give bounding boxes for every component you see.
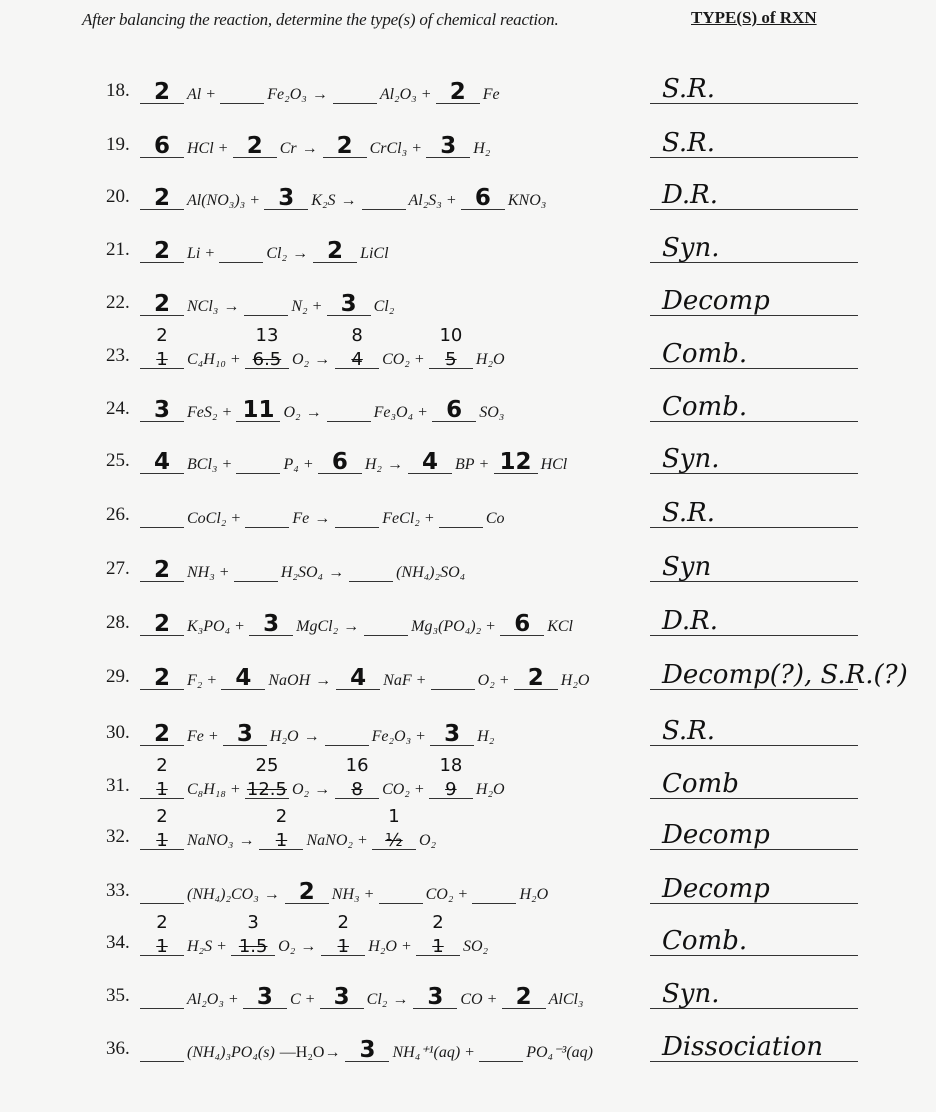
crossed-out-coefficient: 8 [335, 779, 379, 800]
problem-row: 35. Al₂O₃+3C+3Cl₂→3CO+2AlCl₃ Syn. [0, 973, 936, 1013]
problem-row: 24. 3FeS₂+11O₂→Fe₃O₄+6SO₃ Comb. [0, 386, 936, 426]
coefficient: 4 [140, 449, 184, 475]
coefficient-blank[interactable] [364, 615, 408, 636]
equation: 2NH₃+H₂SO₄→(NH₄)₂SO₄ [140, 561, 469, 582]
crossed-out-coefficient: 1 [416, 936, 460, 957]
reaction-type-answer-field[interactable]: Decomp [650, 819, 858, 850]
chemical-formula: BP [455, 456, 475, 474]
plus-sign: + [235, 618, 244, 636]
coefficient-blank[interactable] [140, 988, 184, 1009]
crossed-out-coefficient: 1 [140, 830, 184, 851]
coefficient-blank[interactable]: 6 [140, 137, 184, 158]
chemical-formula: Fe₂O₃ [372, 728, 412, 746]
coefficient-blank[interactable]: 3 [327, 295, 371, 316]
reaction-type-answer: Dissociation [662, 1032, 823, 1062]
chemical-formula: H₂S [187, 938, 212, 956]
chemical-formula: KNO₃ [508, 192, 546, 210]
coefficient-blank[interactable]: 4 [221, 669, 265, 690]
problem-number: 28. [106, 612, 130, 634]
corrected-coefficient: 18 [429, 755, 473, 776]
reaction-arrow: → [314, 351, 330, 369]
chemical-formula: H₂O [519, 886, 548, 904]
problem-row: 18. 2Al+Fe₂O₃→Al₂O₃+2Fe S.R. [0, 68, 936, 108]
coefficient-blank[interactable]: 2 [140, 242, 184, 263]
problem-number: 24. [106, 398, 130, 420]
reaction-type-answer: Comb. [662, 339, 747, 369]
coefficient-blank[interactable]: 12 [140, 348, 184, 369]
equation: 2K₃PO₄+3MgCl₂→Mg₃(PO₄)₂+6KCl [140, 615, 577, 636]
coefficient-blank[interactable]: 4 [408, 453, 452, 474]
chemical-formula: FeCl₂ [382, 510, 420, 528]
chemical-formula: H₂O [476, 351, 505, 369]
plus-sign: + [418, 404, 427, 422]
problem-row: 29. 2F₂+4NaOH→4NaF+O₂+2H₂O Decomp(?), S.… [0, 654, 936, 694]
crossed-out-coefficient: 1 [140, 936, 184, 957]
coefficient-blank[interactable] [379, 883, 423, 904]
coefficient-blank[interactable]: 3 [430, 725, 474, 746]
corrected-coefficient: 2 [259, 806, 303, 827]
crossed-out-coefficient: 9 [429, 779, 473, 800]
chemical-formula: Al₂S₃ [409, 192, 442, 210]
plus-sign: + [425, 510, 434, 528]
plus-sign: + [217, 938, 226, 956]
chemical-formula: O₂ [478, 672, 495, 690]
coefficient: 4 [408, 449, 452, 475]
problem-row: 23. 12C₄H₁₀+6.513O₂→48CO₂+510H₂O Comb. [0, 333, 936, 373]
crossed-out-coefficient: 1.5 [231, 936, 275, 957]
coefficient-blank[interactable]: 12 [321, 935, 365, 956]
crossed-out-coefficient: 12.5 [245, 779, 289, 800]
reaction-arrow: → [306, 404, 322, 422]
chemical-formula: CO₂ [426, 886, 454, 904]
coefficient-blank[interactable] [439, 507, 483, 528]
reaction-type-answer: S.R. [662, 74, 715, 104]
chemical-formula: Fe₃O₄ [374, 404, 414, 422]
plus-sign: + [465, 1044, 474, 1062]
reaction-arrow: → [328, 564, 344, 582]
coefficient: 2 [140, 291, 184, 317]
coefficient-blank[interactable]: 2 [140, 83, 184, 104]
plus-sign: + [417, 672, 426, 690]
coefficient-blank[interactable] [335, 507, 379, 528]
coefficient: 3 [320, 984, 364, 1010]
chemical-formula: NaNO₃ [187, 832, 233, 850]
coefficient: 2 [323, 133, 367, 159]
chemical-formula: HCl [187, 140, 214, 158]
coefficient-blank[interactable] [472, 883, 516, 904]
crossed-out-coefficient: 1 [321, 936, 365, 957]
coefficient: 2 [436, 79, 480, 105]
coefficient-blank[interactable]: 6 [318, 453, 362, 474]
chemical-formula: KCl [547, 618, 573, 636]
equation: 2Li+Cl₂→2LiCl [140, 242, 393, 263]
coefficient: 2 [502, 984, 546, 1010]
plus-sign: + [206, 86, 215, 104]
coefficient-blank[interactable]: 4 [336, 669, 380, 690]
chemical-formula: O₂ [419, 832, 436, 850]
equation: Al₂O₃+3C+3Cl₂→3CO+2AlCl₃ [140, 988, 588, 1009]
chemical-formula: N₂ [291, 298, 307, 316]
coefficient: 3 [223, 721, 267, 747]
coefficient: 2 [140, 238, 184, 264]
plus-sign: + [209, 728, 218, 746]
coefficient-blank[interactable]: 3 [413, 988, 457, 1009]
chemical-formula: C [290, 991, 301, 1009]
problem-number: 19. [106, 134, 130, 156]
equation: CoCl₂+Fe→FeCl₂+Co [140, 507, 509, 528]
equation: 2Al(NO₃)₃+3K₂S→Al₂S₃+6KNO₃ [140, 189, 550, 210]
chemical-formula: Cr [280, 140, 297, 158]
plus-sign: + [458, 886, 467, 904]
coefficient: 4 [221, 665, 265, 691]
reaction-type-answer-field[interactable]: Comb. [650, 338, 858, 369]
coefficient-blank[interactable]: 12 [140, 935, 184, 956]
plus-sign: + [480, 456, 489, 474]
coefficient-blank[interactable]: 2 [436, 83, 480, 104]
coefficient: 6 [432, 397, 476, 423]
chemical-formula: (NH₄)₂CO₃ [187, 886, 259, 904]
chemical-formula: PO₄⁻³(aq) [526, 1042, 593, 1062]
chemical-formula: O₂ [278, 938, 295, 956]
reaction-arrow: → [264, 886, 280, 904]
chemical-formula: H₂O [270, 728, 299, 746]
chemical-formula: CO [460, 991, 482, 1009]
problem-number: 35. [106, 985, 130, 1007]
plus-sign: + [222, 404, 231, 422]
reaction-type-answer-field[interactable]: Syn. [650, 232, 858, 263]
coefficient-blank[interactable]: 3 [345, 1041, 389, 1062]
chemical-formula: Cl₂ [374, 298, 395, 316]
coefficient: 3 [430, 721, 474, 747]
problem-row: 30. 2Fe+3H₂O→Fe₂O₃+3H₂ S.R. [0, 710, 936, 750]
reaction-type-answer-field[interactable]: Syn. [650, 443, 858, 474]
chemical-formula: LiCl [360, 245, 388, 263]
chemical-formula: Cl₂ [367, 991, 388, 1009]
reaction-type-answer-field[interactable]: S.R. [650, 497, 858, 528]
coefficient: 6 [318, 449, 362, 475]
coefficient-blank[interactable]: 12.525 [245, 778, 289, 799]
coefficient-blank[interactable] [349, 561, 393, 582]
problem-number: 34. [106, 932, 130, 954]
problem-number: 21. [106, 239, 130, 261]
coefficient-blank[interactable] [245, 507, 289, 528]
reaction-type-answer-field[interactable]: S.R. [650, 715, 858, 746]
coefficient-blank[interactable] [431, 669, 475, 690]
plus-sign: + [250, 192, 259, 210]
coefficient-blank[interactable]: 2 [140, 295, 184, 316]
plus-sign: + [412, 140, 421, 158]
chemical-formula: (NH₄)₃PO₄(s) [187, 1044, 275, 1062]
coefficient-blank[interactable] [220, 83, 264, 104]
coefficient-blank[interactable] [333, 83, 377, 104]
equation: 4BCl₃+P₄+6H₂→4BP+12HCl [140, 453, 571, 474]
chemical-formula: NH₃ [332, 886, 360, 904]
coefficient-blank[interactable] [327, 401, 371, 422]
chemical-formula: NH₄⁺¹(aq) [392, 1042, 460, 1062]
crossed-out-coefficient: 1 [140, 779, 184, 800]
reaction-type-answer-field[interactable]: S.R. [650, 73, 858, 104]
coefficient-blank[interactable]: 3 [140, 401, 184, 422]
coefficient: 2 [313, 238, 357, 264]
chemical-formula: F₂ [187, 672, 202, 690]
problem-row: 34. 12H₂S+1.53O₂→12H₂O+12SO₂ Comb. [0, 920, 936, 960]
reaction-arrow: → [315, 672, 331, 690]
coefficient-blank[interactable]: 2 [140, 669, 184, 690]
equation: 12C₄H₁₀+6.513O₂→48CO₂+510H₂O [140, 348, 509, 369]
reaction-type-answer-field[interactable]: Decomp(?), S.R.(?) [650, 659, 858, 690]
coefficient-blank[interactable]: 2 [285, 883, 329, 904]
chemical-formula: Al [187, 86, 201, 104]
reaction-type-answer-field[interactable]: Syn. [650, 978, 858, 1009]
coefficient-blank[interactable]: 510 [429, 348, 473, 369]
chemical-formula: HCl [541, 456, 568, 474]
coefficient-blank[interactable] [479, 1041, 523, 1062]
corrected-coefficient: 2 [140, 806, 184, 827]
coefficient-blank[interactable]: 6 [432, 401, 476, 422]
problem-number: 31. [106, 775, 130, 797]
coefficient-blank[interactable]: 918 [429, 778, 473, 799]
coefficient: 2 [140, 611, 184, 637]
coefficient-blank[interactable] [244, 295, 288, 316]
coefficient-blank[interactable]: 6.513 [245, 348, 289, 369]
coefficient-blank[interactable]: 2 [140, 189, 184, 210]
corrected-coefficient: 1 [372, 806, 416, 827]
problem-number: 33. [106, 880, 130, 902]
reaction-type-answer-field[interactable]: Decomp [650, 285, 858, 316]
problem-row: 33. (NH₄)₂CO₃→2NH₃+CO₂+H₂O Decomp [0, 868, 936, 908]
reaction-type-answer: Comb. [662, 392, 747, 422]
plus-sign: + [402, 938, 411, 956]
reaction-type-answer: S.R. [662, 128, 715, 158]
corrected-coefficient: 3 [231, 912, 275, 933]
plus-sign: + [416, 728, 425, 746]
reaction-arrow: → [341, 192, 357, 210]
reaction-type-answer: Decomp [662, 286, 770, 316]
plus-sign: + [422, 86, 431, 104]
plus-sign: + [306, 991, 315, 1009]
coefficient-blank[interactable]: 4 [140, 453, 184, 474]
coefficient: 3 [243, 984, 287, 1010]
coefficient-blank[interactable]: 2 [323, 137, 367, 158]
corrected-coefficient: 2 [140, 325, 184, 346]
coefficient-blank[interactable]: 3 [249, 615, 293, 636]
coefficient: 3 [249, 611, 293, 637]
reaction-type-answer-field[interactable]: Decomp [650, 873, 858, 904]
reaction-arrow: → [304, 728, 320, 746]
coefficient: 3 [413, 984, 457, 1010]
reaction-type-answer: Syn. [662, 979, 720, 1009]
coefficient-blank[interactable]: 12 [140, 829, 184, 850]
type-column-title: TYPE(S) of RXN [691, 8, 817, 28]
plus-sign: + [207, 672, 216, 690]
coefficient: 2 [285, 879, 329, 905]
problem-row: 27. 2NH₃+H₂SO₄→(NH₄)₂SO₄ Syn [0, 546, 936, 586]
chemical-formula: K₃PO₄ [187, 618, 230, 636]
chemical-formula: NaOH [268, 672, 310, 690]
chemical-formula: Fe₂O₃ [267, 86, 307, 104]
corrected-coefficient: 8 [335, 325, 379, 346]
reaction-type-answer-field[interactable]: Comb [650, 768, 858, 799]
coefficient: 3 [264, 185, 308, 211]
chemical-formula: H₂ [473, 140, 490, 158]
chemical-formula: H₂O [476, 781, 505, 799]
equation: 6HCl+2Cr→2CrCl₃+3H₂ [140, 137, 494, 158]
problem-number: 23. [106, 345, 130, 367]
coefficient-blank[interactable]: 2 [514, 669, 558, 690]
coefficient-blank[interactable]: 2 [502, 988, 546, 1009]
coefficient-blank[interactable]: ½1 [372, 829, 416, 850]
coefficient-blank[interactable]: 11 [236, 401, 280, 422]
equation: (NH₄)₃PO₄(s)—H₂O→3NH₄⁺¹(aq)+PO₄⁻³(aq) [140, 1041, 597, 1062]
chemical-formula: H₂ [365, 456, 382, 474]
reaction-type-answer: D.R. [662, 606, 718, 636]
coefficient-blank[interactable]: 3 [320, 988, 364, 1009]
crossed-out-coefficient: 1 [259, 830, 303, 851]
coefficient: 3 [140, 397, 184, 423]
coefficient: 3 [345, 1037, 389, 1063]
equation: (NH₄)₂CO₃→2NH₃+CO₂+H₂O [140, 883, 552, 904]
coefficient-blank[interactable]: 3 [264, 189, 308, 210]
equation: 2Al+Fe₂O₃→Al₂O₃+2Fe [140, 83, 504, 104]
coefficient-blank[interactable] [219, 242, 263, 263]
plus-sign: + [358, 832, 367, 850]
coefficient-blank[interactable] [236, 453, 280, 474]
coefficient: 3 [426, 133, 470, 159]
chemical-formula: Al₂O₃ [380, 86, 417, 104]
reaction-type-answer: Comb [662, 769, 739, 799]
plus-sign: + [231, 351, 240, 369]
chemical-formula: NH₃ [187, 564, 215, 582]
worksheet-header: After balancing the reaction, determine … [0, 4, 936, 34]
chemical-formula: CoCl₂ [187, 510, 226, 528]
reaction-type-answer-field[interactable]: Dissociation [650, 1031, 858, 1062]
crossed-out-coefficient: ½ [372, 830, 416, 851]
coefficient-blank[interactable]: 3 [426, 137, 470, 158]
reaction-type-answer-field[interactable]: S.R. [650, 127, 858, 158]
reaction-type-answer: Syn. [662, 444, 720, 474]
corrected-coefficient: 2 [140, 912, 184, 933]
coefficient-blank[interactable]: 12 [140, 778, 184, 799]
corrected-coefficient: 25 [245, 755, 289, 776]
chemical-formula: Fe [483, 86, 500, 104]
coefficient: 6 [500, 611, 544, 637]
reaction-type-answer-field[interactable]: D.R. [650, 179, 858, 210]
corrected-coefficient: 10 [429, 325, 473, 346]
problem-number: 18. [106, 80, 130, 102]
crossed-out-coefficient: 1 [140, 349, 184, 370]
coefficient-blank[interactable]: 12 [416, 935, 460, 956]
coefficient-blank[interactable]: 2 [140, 725, 184, 746]
coefficient-blank[interactable]: 2 [233, 137, 277, 158]
chemical-formula: FeS₂ [187, 404, 217, 422]
plus-sign: + [313, 298, 322, 316]
plus-sign: + [229, 991, 238, 1009]
chemical-formula: Al₂O₃ [187, 991, 224, 1009]
reaction-type-answer-field[interactable]: D.R. [650, 605, 858, 636]
problem-number: 32. [106, 826, 130, 848]
reaction-type-answer: Decomp [662, 874, 770, 904]
chemical-formula: Mg₃(PO₄)₂ [411, 618, 481, 636]
plus-sign: + [488, 991, 497, 1009]
problem-row: 31. 12C₈H₁₈+12.525O₂→816CO₂+918H₂O Comb [0, 763, 936, 803]
coefficient-blank[interactable]: 816 [335, 778, 379, 799]
plus-sign: + [447, 192, 456, 210]
chemical-formula: C₈H₁₈ [187, 781, 226, 799]
reaction-type-answer: Decomp [662, 820, 770, 850]
plus-sign: + [486, 618, 495, 636]
reaction-arrow: → [387, 456, 403, 474]
reaction-arrow: → [292, 245, 308, 263]
coefficient-blank[interactable]: 12 [494, 453, 538, 474]
plus-sign: + [222, 456, 231, 474]
coefficient-blank[interactable] [140, 883, 184, 904]
problem-row: 25. 4BCl₃+P₄+6H₂→4BP+12HCl Syn. [0, 438, 936, 478]
problem-row: 36. (NH₄)₃PO₄(s)—H₂O→3NH₄⁺¹(aq)+PO₄⁻³(aq… [0, 1026, 936, 1066]
problem-row: 21. 2Li+Cl₂→2LiCl Syn. [0, 227, 936, 267]
coefficient: 12 [494, 449, 538, 475]
reaction-type-answer-field[interactable]: Syn [650, 551, 858, 582]
coefficient-blank[interactable]: 3 [223, 725, 267, 746]
coefficient-blank[interactable]: 6 [500, 615, 544, 636]
problem-number: 27. [106, 558, 130, 580]
problem-number: 26. [106, 504, 130, 526]
problem-row: 32. 12NaNO₃→12NaNO₂+½1O₂ Decomp [0, 814, 936, 854]
coefficient-blank[interactable] [325, 725, 369, 746]
coefficient-blank[interactable]: 3 [243, 988, 287, 1009]
chemical-formula: Co [486, 510, 505, 528]
coefficient-blank[interactable] [140, 1041, 184, 1062]
plus-sign: + [231, 510, 240, 528]
equation: 2F₂+4NaOH→4NaF+O₂+2H₂O [140, 669, 593, 690]
problem-number: 20. [106, 186, 130, 208]
plus-sign: + [231, 781, 240, 799]
coefficient-blank[interactable]: 2 [313, 242, 357, 263]
coefficient-blank[interactable]: 2 [140, 615, 184, 636]
equation: 3FeS₂+11O₂→Fe₃O₄+6SO₃ [140, 401, 508, 422]
coefficient-blank[interactable]: 1.53 [231, 935, 275, 956]
coefficient-blank[interactable] [362, 189, 406, 210]
problem-row: 28. 2K₃PO₄+3MgCl₂→Mg₃(PO₄)₂+6KCl D.R. [0, 600, 936, 640]
reaction-arrow: —H₂O→ [280, 1044, 341, 1062]
chemical-formula: H₂O [368, 938, 397, 956]
reaction-arrow: → [302, 140, 318, 158]
equation: 2Fe+3H₂O→Fe₂O₃+3H₂ [140, 725, 498, 746]
reaction-type-answer-field[interactable]: Comb. [650, 925, 858, 956]
chemical-formula: Cl₂ [266, 245, 287, 263]
coefficient-blank[interactable]: 2 [140, 561, 184, 582]
coefficient: 2 [140, 557, 184, 583]
equation: 2NCl₃→N₂+3Cl₂ [140, 295, 398, 316]
chemical-formula: O₂ [292, 351, 309, 369]
chemical-formula: Li [187, 245, 200, 263]
coefficient: 6 [140, 133, 184, 159]
reaction-type-answer-field[interactable]: Comb. [650, 391, 858, 422]
corrected-coefficient: 13 [245, 325, 289, 346]
corrected-coefficient: 2 [321, 912, 365, 933]
chemical-formula: Fe [292, 510, 309, 528]
chemical-formula: SO₃ [479, 404, 504, 422]
coefficient-blank[interactable]: 6 [461, 189, 505, 210]
coefficient-blank[interactable] [140, 507, 184, 528]
coefficient-blank[interactable] [234, 561, 278, 582]
plus-sign: + [415, 351, 424, 369]
plus-sign: + [219, 140, 228, 158]
chemical-formula: O₂ [292, 781, 309, 799]
coefficient-blank[interactable]: 48 [335, 348, 379, 369]
coefficient-blank[interactable]: 12 [259, 829, 303, 850]
coefficient: 11 [236, 397, 280, 423]
reaction-arrow: → [223, 298, 239, 316]
